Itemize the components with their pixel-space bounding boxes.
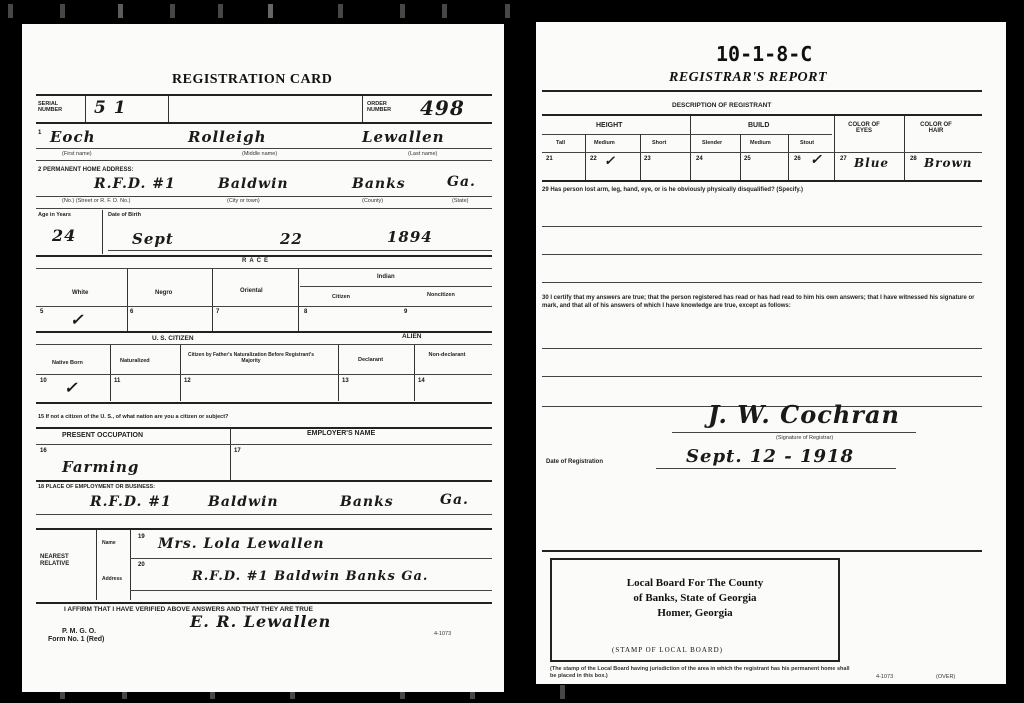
race-oriental: Oriental (240, 288, 263, 294)
order-number-label: ORDER NUMBER (367, 101, 405, 113)
address-county: Banks (352, 176, 406, 192)
nearest-relative-label: NEAREST RELATIVE (40, 554, 85, 568)
local-board-stamp-box: Local Board For The County of Banks, Sta… (550, 558, 840, 662)
build-heading: BUILD (748, 122, 769, 129)
employment-place-label: 18 PLACE OF EMPLOYMENT OR BUSINESS: (38, 484, 155, 490)
stamp-line-3: Homer, Georgia (552, 606, 838, 621)
serial-number-label: SERIAL NUMBER (38, 101, 78, 113)
registrant-signature: E. R. Lewallen (190, 612, 331, 631)
card-title: REGISTRATION CARD (172, 72, 332, 88)
q15-label: 15 If not a citizen of the U. S., of wha… (38, 414, 318, 420)
occupation-label: PRESENT OCCUPATION (62, 432, 143, 439)
description-heading: DESCRIPTION OF REGISTRANT (672, 102, 771, 109)
dob-year: 1894 (387, 228, 433, 246)
eye-color: Blue (854, 156, 889, 170)
age-value: 24 (52, 226, 76, 245)
stamp-caption: (STAMP OF LOCAL BOARD) (612, 646, 723, 654)
registrar-report-back: 10-1-8-C REGISTRAR'S REPORT DESCRIPTION … (536, 22, 1006, 684)
last-name: Lewallen (362, 128, 445, 146)
stamp-code: 10-1-8-C (716, 42, 812, 66)
first-name: Eoch (50, 128, 95, 146)
form-id-1: P. M. G. O. (62, 628, 96, 635)
film-edge-top (0, 0, 1024, 22)
report-title: REGISTRAR'S REPORT (669, 70, 827, 86)
form-id-2: Form No. 1 (Red) (48, 636, 104, 643)
relative-name: Mrs. Lola Lewallen (158, 536, 325, 552)
dob-month: Sept (132, 230, 174, 248)
occupation-value: Farming (62, 458, 139, 476)
native-born-checkmark: ✓ (64, 378, 78, 397)
registrar-signature: J. W. Cochran (708, 400, 900, 429)
middle-name: Rolleigh (188, 128, 267, 146)
stamp-line-2: of Banks, State of Georgia (552, 591, 838, 606)
race-heading: RACE (242, 258, 271, 264)
race-negro: Negro (155, 290, 172, 296)
dob-day: 22 (280, 230, 303, 248)
hair-heading: COLOR OF HAIR (916, 122, 956, 134)
eyes-heading: COLOR OF EYES (846, 122, 882, 134)
back-code-right: (OVER) (936, 674, 955, 680)
stamp-line-1: Local Board For The County (552, 576, 838, 591)
employer-label: EMPLOYER'S NAME (307, 430, 375, 437)
white-checkmark: ✓ (70, 310, 84, 329)
dob-label: Date of Birth (108, 212, 141, 218)
relative-address: R.F.D. #1 Baldwin Banks Ga. (192, 569, 428, 584)
back-code-left: 4-1073 (876, 674, 893, 680)
height-heading: HEIGHT (596, 122, 622, 129)
alien-heading: ALIEN (402, 333, 422, 340)
hair-color: Brown (924, 156, 973, 170)
build-stout-checkmark: ✓ (810, 152, 823, 168)
stamp-footnote: (The stamp of the Local Board having jur… (550, 666, 850, 680)
q30-text: 30 I certify that my answers are true; t… (542, 294, 982, 310)
address-street: R.F.D. #1 (94, 176, 176, 192)
registrar-label: (Signature of Registrar) (776, 435, 833, 441)
order-number: 498 (420, 96, 465, 120)
address-label: 2 PERMANENT HOME ADDRESS: (38, 167, 133, 173)
address-state: Ga. (447, 174, 476, 190)
registration-date: Sept. 12 - 1918 (686, 446, 854, 467)
address-city: Baldwin (218, 176, 289, 192)
q29-text: 29 Has person lost arm, leg, hand, eye, … (542, 186, 982, 194)
race-indian: Indian (377, 274, 395, 280)
race-white: White (72, 290, 88, 296)
serial-number: 5 1 (94, 98, 127, 118)
registration-card-front: REGISTRATION CARD SERIAL NUMBER 5 1 ORDE… (22, 24, 504, 692)
corner-code: 4-1073 (434, 631, 451, 637)
date-label: Date of Registration (546, 459, 603, 465)
height-medium-checkmark: ✓ (604, 154, 616, 169)
age-label: Age in Years (38, 212, 71, 218)
us-citizen-heading: U. S. CITIZEN (152, 335, 194, 342)
